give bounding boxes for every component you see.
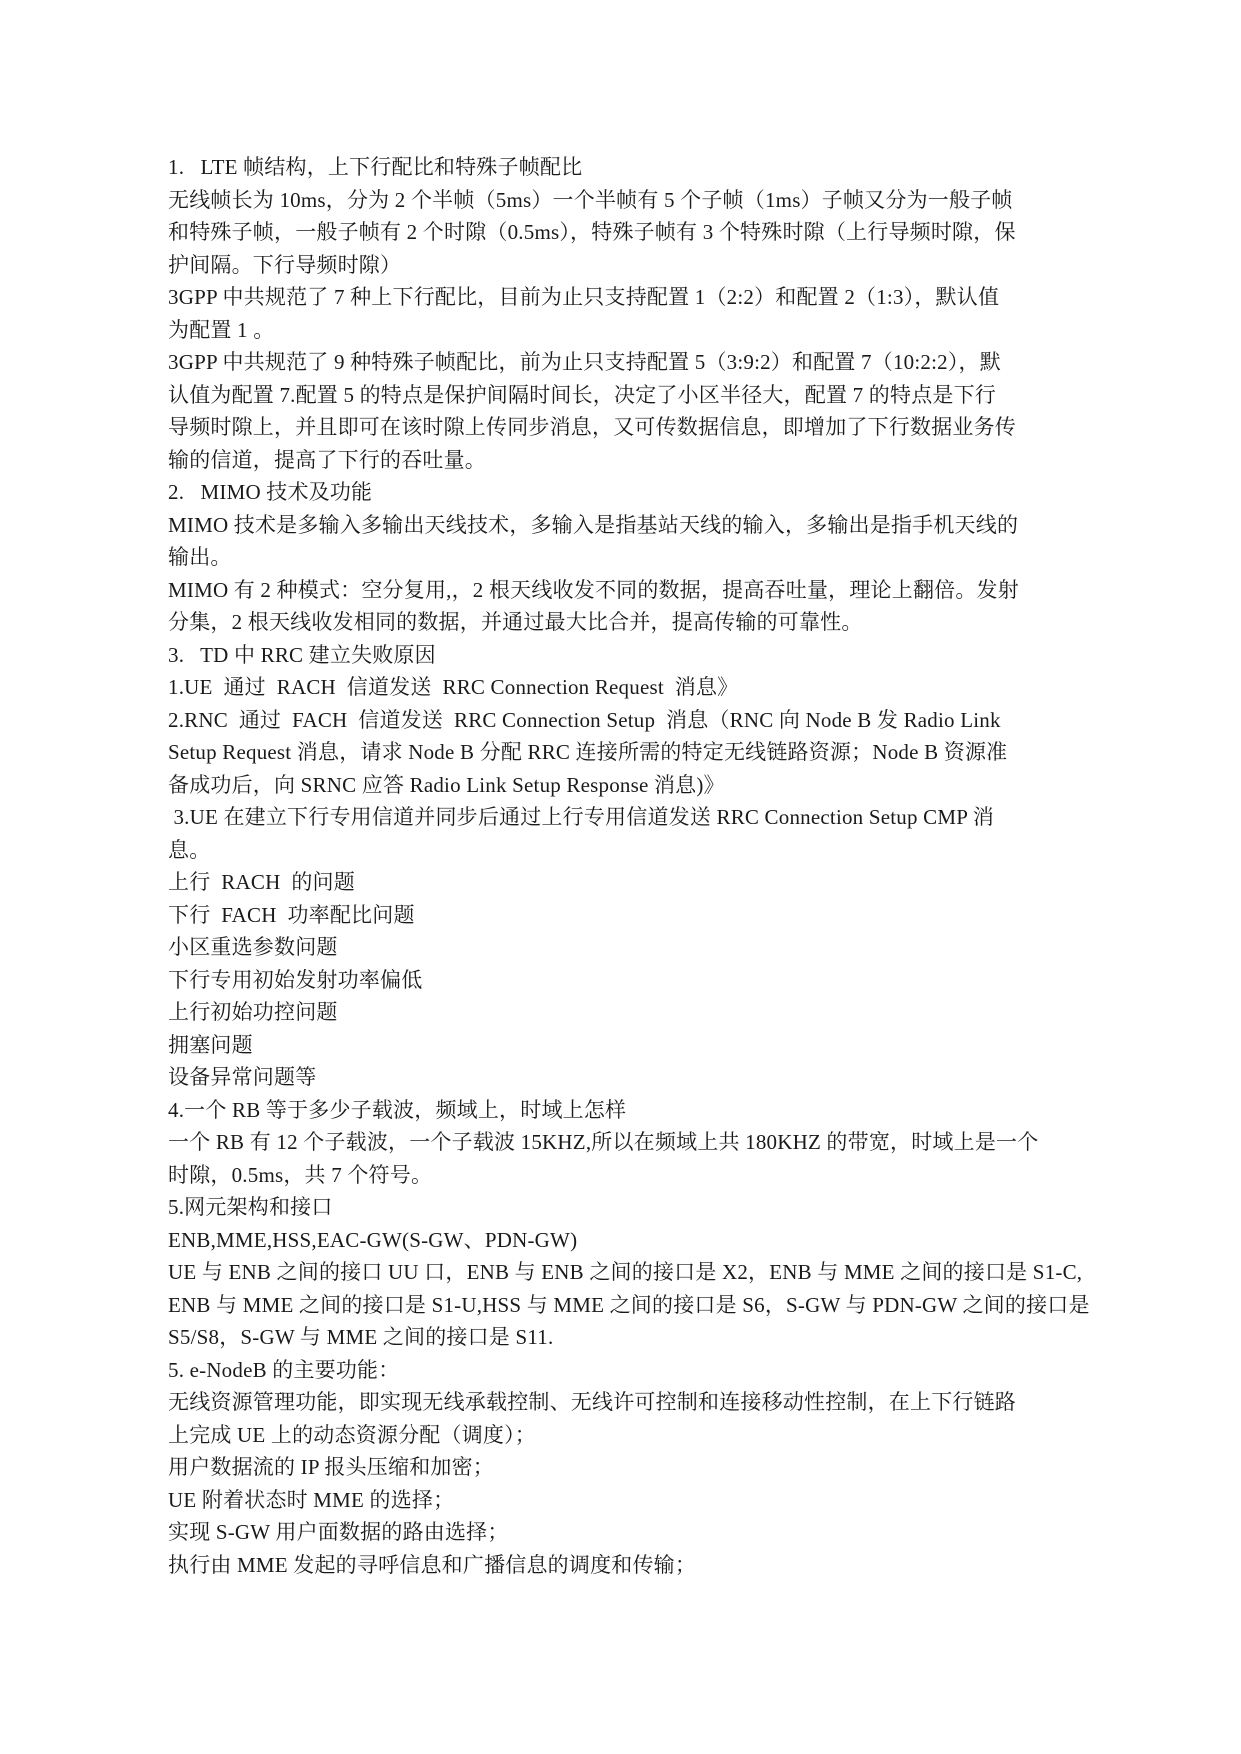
text-line: MIMO 有 2 种模式：空分复用,，2 根天线收发不同的数据，提高吞吐量，理论… — [168, 574, 1080, 607]
text-line: 2.RNC 通过 FACH 信道发送 RRC Connection Setup … — [168, 704, 1080, 737]
document-page: 1. LTE 帧结构，上下行配比和特殊子帧配比 无线帧长为 10ms，分为 2 … — [0, 0, 1241, 1754]
text-line: 拥塞问题 — [168, 1029, 1080, 1062]
text-line: 认值为配置 7.配置 5 的特点是保护间隔时间长，决定了小区半径大，配置 7 的… — [168, 379, 1080, 412]
text-line: 导频时隙上，并且即可在该时隙上传同步消息，又可传数据信息，即增加了下行数据业务传 — [168, 411, 1080, 444]
text-line: 输的信道，提高了下行的吞吐量。 — [168, 444, 1080, 477]
text-line: 3. TD 中 RRC 建立失败原因 — [168, 639, 1080, 672]
text-line: 1. LTE 帧结构，上下行配比和特殊子帧配比 — [168, 151, 1080, 184]
text-line: 输出。 — [168, 541, 1080, 574]
document-content: 1. LTE 帧结构，上下行配比和特殊子帧配比 无线帧长为 10ms，分为 2 … — [168, 151, 1080, 1581]
text-line: Setup Request 消息，请求 Node B 分配 RRC 连接所需的特… — [168, 736, 1080, 769]
text-line: 用户数据流的 IP 报头压缩和加密； — [168, 1451, 1080, 1484]
text-line: 2. MIMO 技术及功能 — [168, 476, 1080, 509]
text-line: ENB,MME,HSS,EAC-GW(S-GW、PDN-GW) — [168, 1224, 1080, 1257]
text-line: 息。 — [168, 834, 1080, 867]
text-line: 小区重选参数问题 — [168, 931, 1080, 964]
text-line: 下行专用初始发射功率偏低 — [168, 964, 1080, 997]
text-line: S5/S8，S-GW 与 MME 之间的接口是 S11. — [168, 1321, 1080, 1354]
text-line: 上行初始功控问题 — [168, 996, 1080, 1029]
text-line: 分集，2 根天线收发相同的数据，并通过最大比合并，提高传输的可靠性。 — [168, 606, 1080, 639]
text-line: UE 与 ENB 之间的接口 UU 口，ENB 与 ENB 之间的接口是 X2，… — [168, 1256, 1080, 1289]
text-line: 无线资源管理功能，即实现无线承载控制、无线许可控制和连接移动性控制，在上下行链路 — [168, 1386, 1080, 1419]
text-line: 和特殊子帧，一般子帧有 2 个时隙（0.5ms），特殊子帧有 3 个特殊时隙（上… — [168, 216, 1080, 249]
text-line: 设备异常问题等 — [168, 1061, 1080, 1094]
text-line: 备成功后，向 SRNC 应答 Radio Link Setup Response… — [168, 769, 1080, 802]
text-line: 1.UE 通过 RACH 信道发送 RRC Connection Request… — [168, 671, 1080, 704]
text-line: 3.UE 在建立下行专用信道并同步后通过上行专用信道发送 RRC Connect… — [168, 801, 1080, 834]
text-line: 实现 S-GW 用户面数据的路由选择； — [168, 1516, 1080, 1549]
text-line: 5.网元架构和接口 — [168, 1191, 1080, 1224]
text-line: 4.一个 RB 等于多少子载波，频域上，时域上怎样 — [168, 1094, 1080, 1127]
text-line: MIMO 技术是多输入多输出天线技术，多输入是指基站天线的输入，多输出是指手机天… — [168, 509, 1080, 542]
text-line: 3GPP 中共规范了 7 种上下行配比，目前为止只支持配置 1（2:2）和配置 … — [168, 281, 1080, 314]
text-line: 执行由 MME 发起的寻呼信息和广播信息的调度和传输； — [168, 1549, 1080, 1582]
text-line: 为配置 1 。 — [168, 314, 1080, 347]
text-line: 5. e-NodeB 的主要功能： — [168, 1354, 1080, 1387]
text-line: 护间隔。下行导频时隙） — [168, 249, 1080, 282]
text-line: 时隙，0.5ms，共 7 个符号。 — [168, 1159, 1080, 1192]
text-line: 无线帧长为 10ms，分为 2 个半帧（5ms）一个半帧有 5 个子帧（1ms）… — [168, 184, 1080, 217]
text-line: 下行 FACH 功率配比问题 — [168, 899, 1080, 932]
text-line: ENB 与 MME 之间的接口是 S1-U,HSS 与 MME 之间的接口是 S… — [168, 1289, 1080, 1322]
text-line: 上完成 UE 上的动态资源分配（调度）； — [168, 1419, 1080, 1452]
text-line: 一个 RB 有 12 个子载波，一个子载波 15KHZ,所以在频域上共 180K… — [168, 1126, 1080, 1159]
text-line: 上行 RACH 的问题 — [168, 866, 1080, 899]
text-line: UE 附着状态时 MME 的选择； — [168, 1484, 1080, 1517]
text-line: 3GPP 中共规范了 9 种特殊子帧配比，前为止只支持配置 5（3:9:2）和配… — [168, 346, 1080, 379]
